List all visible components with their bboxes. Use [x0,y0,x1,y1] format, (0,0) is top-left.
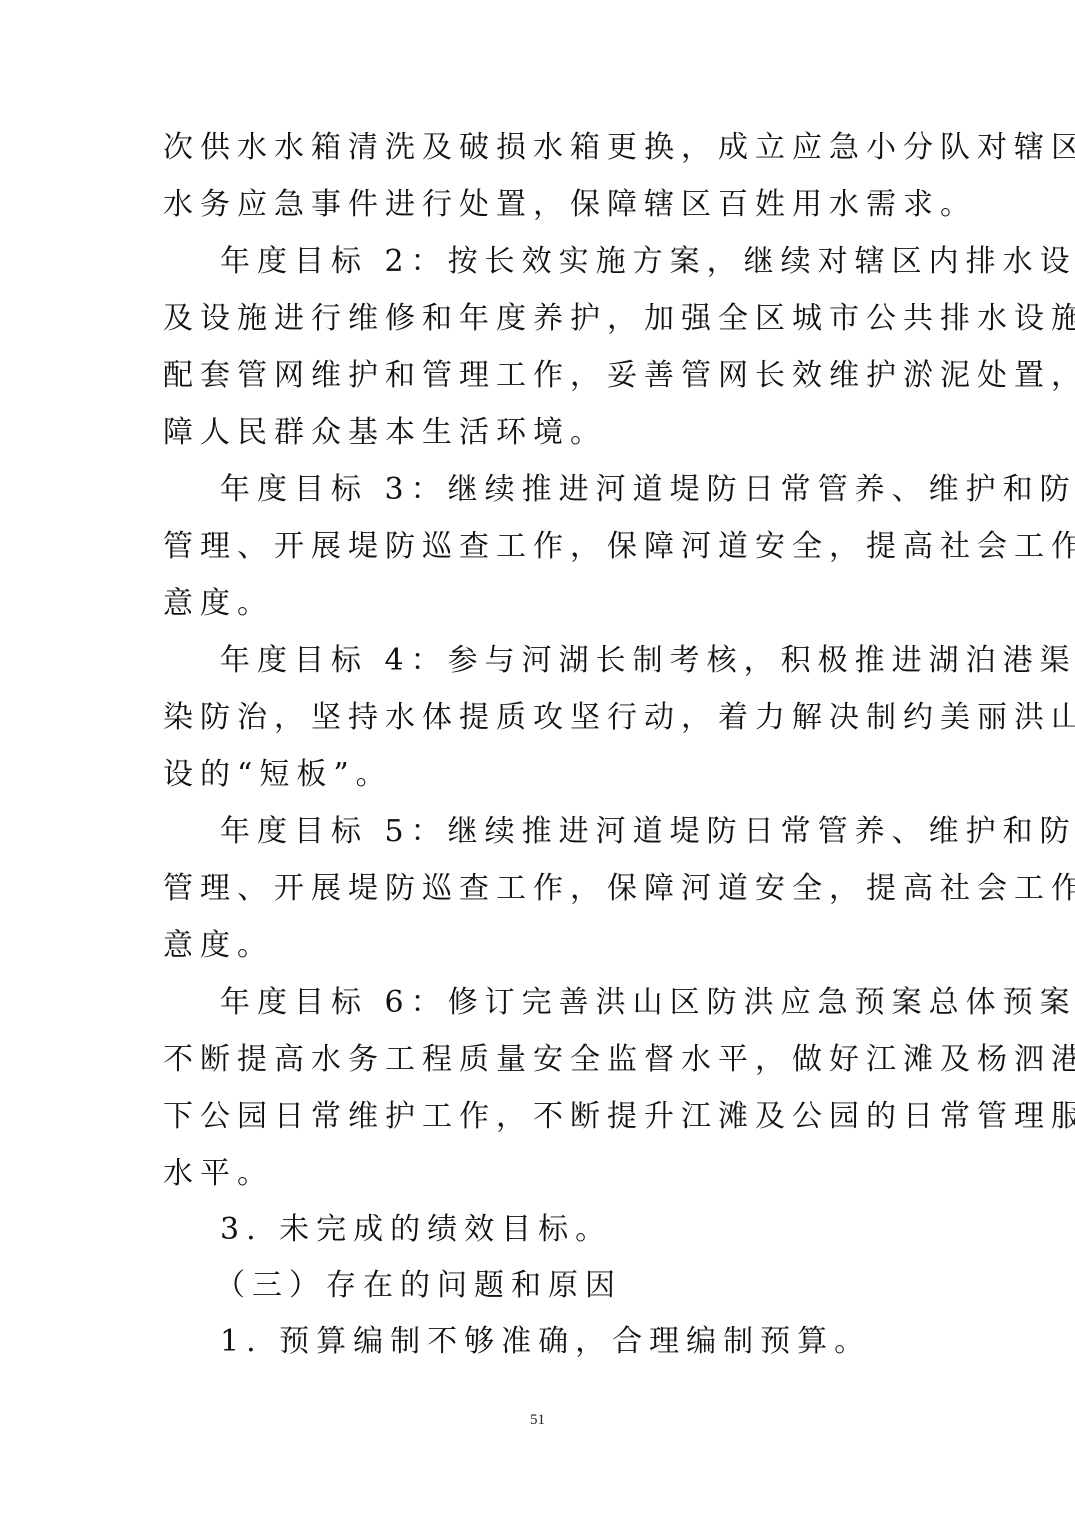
text-line: 水平。 [163,1156,274,1192]
document-page: 次供水水箱清洗及破损水箱更换，成立应急小分队对辖区内 水务应急事件进行处置，保障… [0,0,1075,1520]
text-line: 配套管网维护和管理工作，妥善管网长效维护淤泥处置，保 [163,358,1075,394]
text-line: 下公园日常维护工作，不断提升江滩及公园的日常管理服务 [163,1099,1075,1135]
text-line: 及设施进行维修和年度养护，加强全区城市公共排水设施及 [163,301,1075,337]
section-heading-problems: （三）存在的问题和原因 [215,1268,622,1304]
text-line: 意度。 [163,928,274,964]
goal-6-heading-line: 年度目标 6：修订完善洪山区防洪应急预案总体预案， [220,985,1075,1021]
goal-3-heading-line: 年度目标 3：继续推进河道堤防日常管养、维护和防汛 [220,472,1075,508]
text-line: 设的“短板”。 [163,757,393,793]
text-line: 管理、开展堤防巡查工作，保障河道安全，提高社会工作满 [163,529,1075,565]
text-line: 次供水水箱清洗及破损水箱更换，成立应急小分队对辖区内 [163,130,1075,166]
section-item-3: 3. 未完成的绩效目标。 [220,1212,612,1248]
text-line: 管理、开展堤防巡查工作，保障河道安全，提高社会工作满 [163,871,1075,907]
page-number: 51 [0,1412,1075,1429]
text-line: 障人民群众基本生活环境。 [163,415,607,451]
text-line: 水务应急事件进行处置，保障辖区百姓用水需求。 [163,187,977,223]
text-line: 染防治，坚持水体提质攻坚行动，着力解决制约美丽洪山建 [163,700,1075,736]
goal-5-heading-line: 年度目标 5：继续推进河道堤防日常管养、维护和防汛 [220,814,1075,850]
text-line: 意度。 [163,586,274,622]
goal-4-heading-line: 年度目标 4：参与河湖长制考核，积极推进湖泊港渠污 [220,643,1075,679]
section-item-1: 1. 预算编制不够准确，合理编制预算。 [220,1324,871,1360]
text-line: 不断提高水务工程质量安全监督水平，做好江滩及杨泗港桥 [163,1042,1075,1078]
goal-2-heading-line: 年度目标 2：按长效实施方案，继续对辖区内排水设备 [220,244,1075,280]
